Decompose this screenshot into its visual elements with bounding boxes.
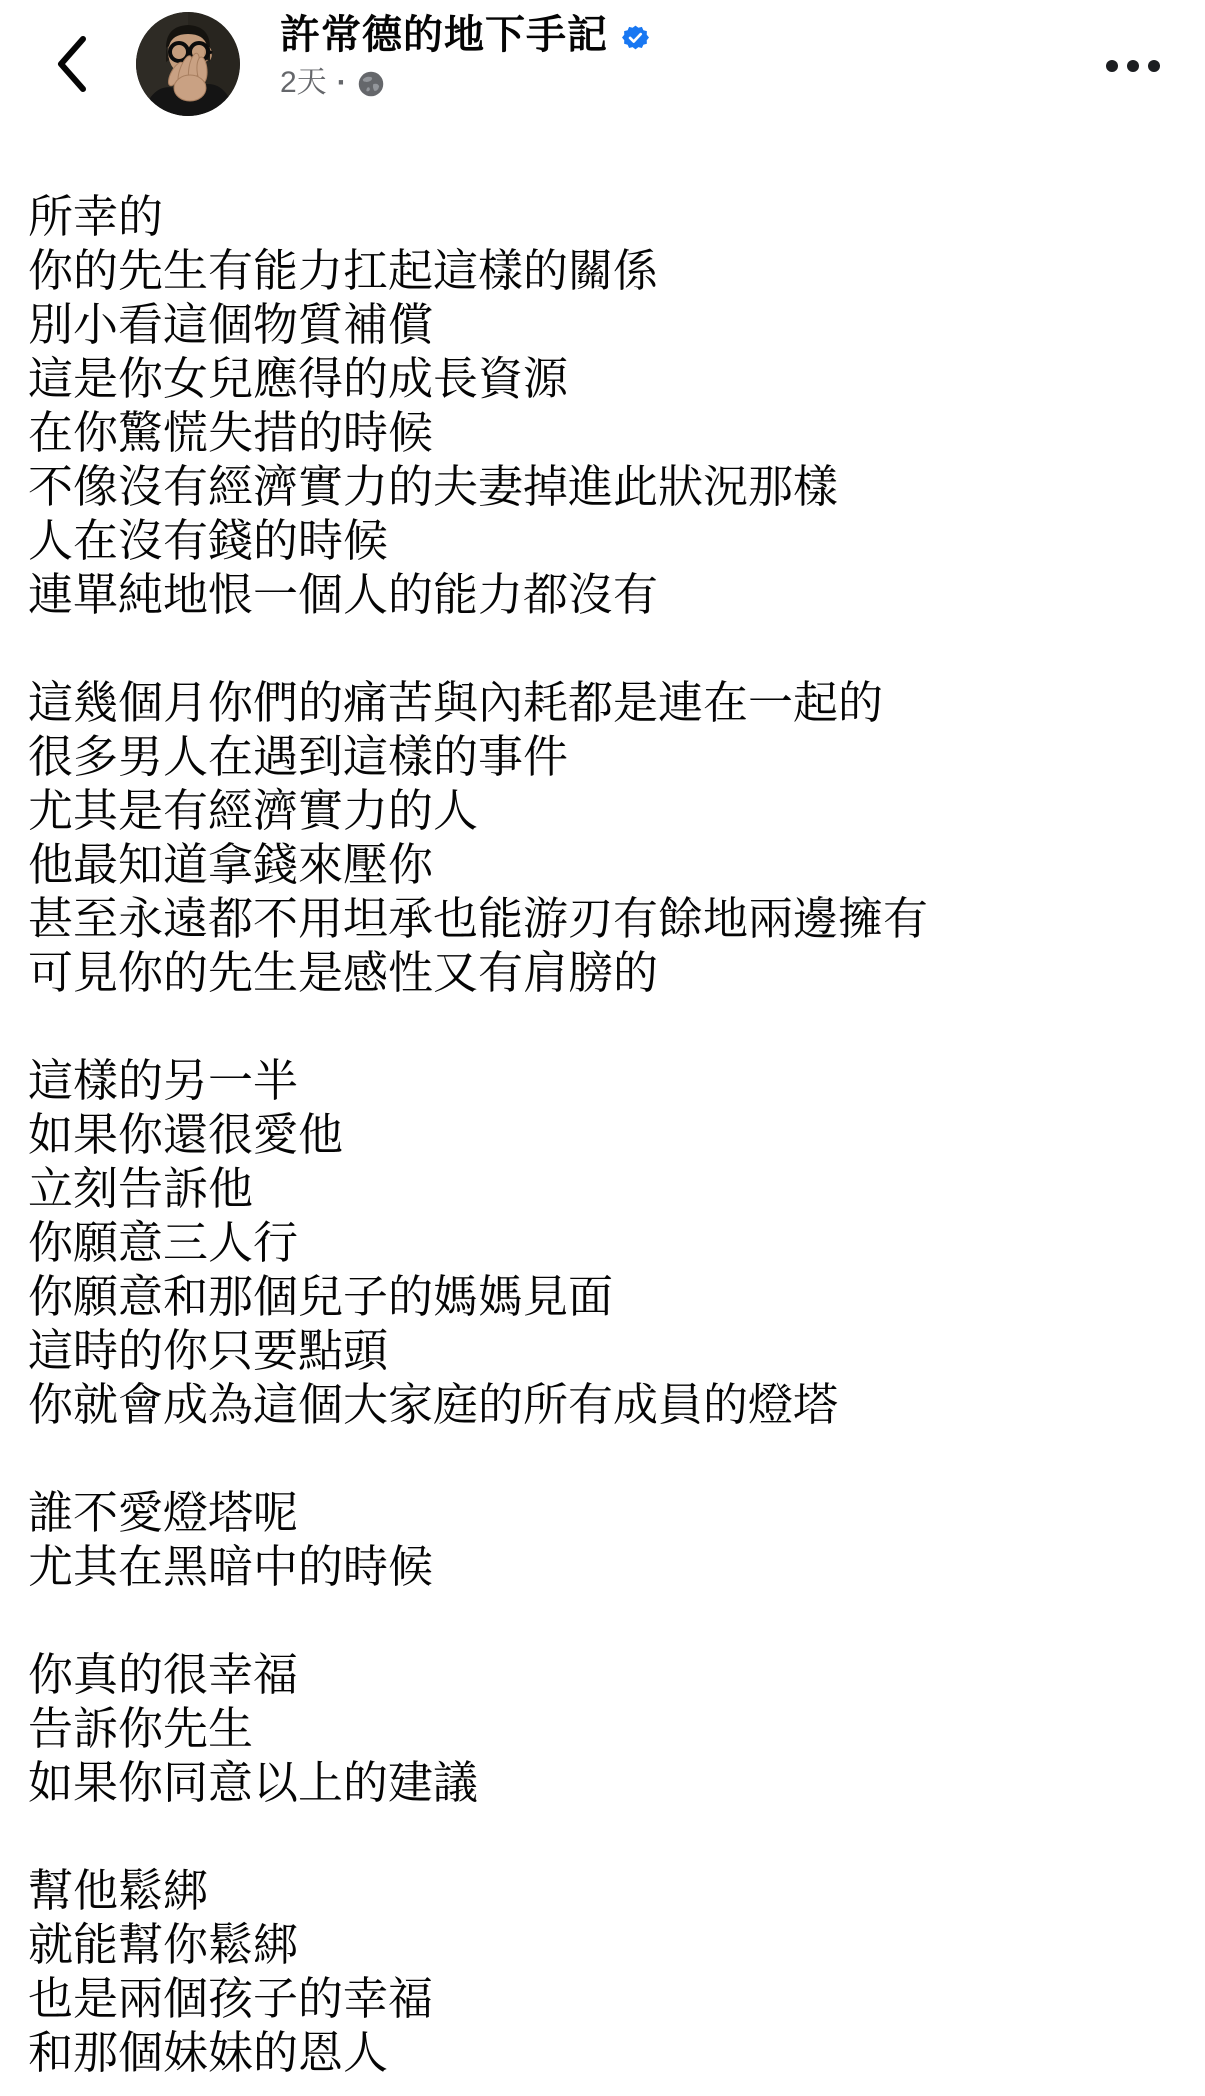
post-text-line: 你真的很幸福 [28,1648,1175,1702]
page-title[interactable]: 許常德的地下手記 [280,12,608,58]
post-content: 所幸的你的先生有能力扛起這樣的關係別小看這個物質補償這是你女兒應得的成長資源在你… [28,190,1175,2080]
post-text-line: 和那個妹妹的恩人 [28,2026,1175,2080]
profile-photo-icon [136,12,240,116]
post-text-line: 立刻告訴他 [28,1162,1175,1216]
post-text-line: 你的先生有能力扛起這樣的關係 [28,244,1175,298]
post-text-line: 如果你還很愛他 [28,1108,1175,1162]
post-text-line: 這幾個月你們的痛苦與內耗都是連在一起的 [28,676,1175,730]
post-meta: 2天 · [280,66,649,100]
post-text-line: 所幸的 [28,190,1175,244]
post-text-line: 你願意三人行 [28,1216,1175,1270]
post-paragraph: 你真的很幸福告訴你先生如果你同意以上的建議 [28,1648,1175,1810]
post-text-line: 甚至永遠都不用坦承也能游刃有餘地兩邊擁有 [28,892,1175,946]
post-text-line: 可見你的先生是感性又有肩膀的 [28,946,1175,1000]
post-text-line: 你願意和那個兒子的媽媽見面 [28,1270,1175,1324]
post-text-line: 很多男人在遇到這樣的事件 [28,730,1175,784]
post-text-line: 就能幫你鬆綁 [28,1918,1175,1972]
post-text-line: 也是兩個孩子的幸福 [28,1972,1175,2026]
timestamp[interactable]: 2天 [280,66,327,100]
facebook-post-screen: 許常德的地下手記 2天 · [0,0,1205,2096]
post-text-line: 你就會成為這個大家庭的所有成員的燈塔 [28,1378,1175,1432]
header-text-block: 許常德的地下手記 2天 · [280,12,649,100]
meta-separator: · [337,66,347,100]
post-text-line: 幫他鬆綁 [28,1864,1175,1918]
post-text-line: 告訴你先生 [28,1702,1175,1756]
post-text-line: 不像沒有經濟實力的夫妻掉進此狀況那樣 [28,460,1175,514]
avatar[interactable] [136,12,240,116]
post-text-line: 在你驚慌失措的時候 [28,406,1175,460]
post-text-line: 尤其是有經濟實力的人 [28,784,1175,838]
post-text-line: 連單純地恨一個人的能力都沒有 [28,568,1175,622]
globe-icon [357,70,385,98]
verified-badge-icon [622,24,649,51]
post-text-line: 這是你女兒應得的成長資源 [28,352,1175,406]
post-paragraph: 誰不愛燈塔呢尤其在黑暗中的時候 [28,1486,1175,1594]
post-text-line: 如果你同意以上的建議 [28,1756,1175,1810]
post-text-line: 誰不愛燈塔呢 [28,1486,1175,1540]
post-text-line: 這時的你只要點頭 [28,1324,1175,1378]
post-paragraph: 這幾個月你們的痛苦與內耗都是連在一起的很多男人在遇到這樣的事件尤其是有經濟實力的… [28,676,1175,1000]
three-dots-icon [1106,60,1160,72]
post-text-line: 這樣的另一半 [28,1054,1175,1108]
post-text-line: 他最知道拿錢來壓你 [28,838,1175,892]
back-button[interactable] [50,32,96,96]
post-paragraph: 這樣的另一半如果你還很愛他立刻告訴他你願意三人行你願意和那個兒子的媽媽見面這時的… [28,1054,1175,1432]
post-text-line: 人在沒有錢的時候 [28,514,1175,568]
more-options-button[interactable] [1090,46,1160,86]
post-header: 許常德的地下手記 2天 · [0,0,1205,140]
post-paragraph: 幫他鬆綁就能幫你鬆綁也是兩個孩子的幸福和那個妹妹的恩人 [28,1864,1175,2080]
post-text-line: 尤其在黑暗中的時候 [28,1540,1175,1594]
chevron-left-icon [50,32,96,96]
post-text-line: 別小看這個物質補償 [28,298,1175,352]
title-row: 許常德的地下手記 [280,12,649,58]
post-paragraph: 所幸的你的先生有能力扛起這樣的關係別小看這個物質補償這是你女兒應得的成長資源在你… [28,190,1175,622]
